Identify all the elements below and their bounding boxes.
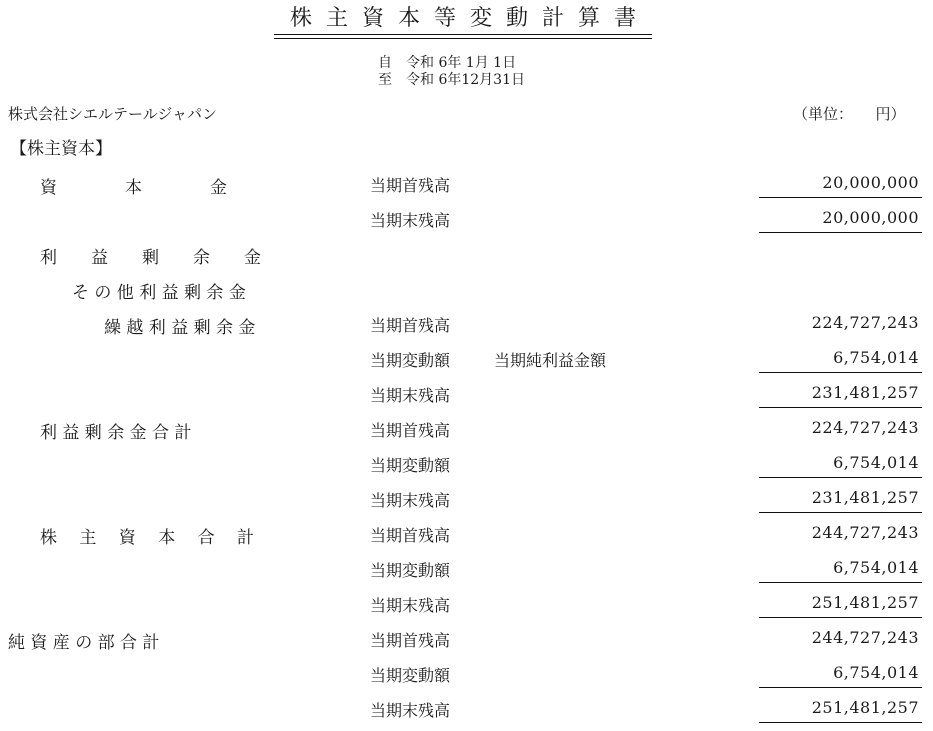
row-sub-label: 当期末残高 bbox=[370, 593, 450, 616]
row-detail-label: 当期純利益金額 bbox=[494, 348, 606, 371]
row-amount: 6,754,014 bbox=[833, 663, 919, 682]
row-label: そ の 他 利 益 剰 余 金 bbox=[72, 278, 246, 303]
row-sub-label: 当期首残高 bbox=[370, 173, 450, 196]
row-sub-label: 当期変動額 bbox=[370, 453, 450, 476]
row-sub-label: 当期変動額 bbox=[370, 663, 450, 686]
sum-rule bbox=[759, 197, 922, 198]
row-sub-label: 当期首残高 bbox=[370, 523, 450, 546]
row-sub-label: 当期変動額 bbox=[370, 558, 450, 581]
row-amount: 224,727,243 bbox=[812, 313, 919, 332]
row-amount: 6,754,014 bbox=[833, 558, 919, 577]
document-title: 株主資本等変動計算書 bbox=[274, 4, 652, 34]
row-net-assets-total-beginning: 純 資 産 の 部 合 計 当期首残高 244,727,243 bbox=[0, 622, 933, 657]
sum-rule bbox=[759, 372, 922, 373]
row-amount: 244,727,243 bbox=[812, 628, 919, 647]
row-sub-label: 当期首残高 bbox=[370, 313, 450, 336]
row-label: 利 益 剰 余 金 合 計 bbox=[40, 418, 191, 443]
row-sub-label: 当期首残高 bbox=[370, 628, 450, 651]
row-label: 資 本 金 bbox=[40, 173, 227, 198]
row-shareholders-equity-total-beginning: 株 主 資 本 合 計 当期首残高 244,727,243 bbox=[0, 517, 933, 552]
row-label: 利 益 剰 余 金 bbox=[40, 243, 261, 268]
row-label: 繰 越 利 益 剰 余 金 bbox=[104, 313, 255, 338]
row-sub-label: 当期末残高 bbox=[370, 208, 450, 231]
row-carried-forward-beginning: 繰 越 利 益 剰 余 金 当期首残高 224,727,243 bbox=[0, 307, 933, 342]
sum-rule bbox=[759, 232, 922, 233]
period-to: 至 令和 6年12月31日 bbox=[378, 72, 525, 88]
row-sub-label: 当期首残高 bbox=[370, 418, 450, 441]
row-sub-label: 当期変動額 bbox=[370, 348, 450, 371]
row-amount: 20,000,000 bbox=[822, 208, 919, 227]
row-sub-label: 当期末残高 bbox=[370, 383, 450, 406]
row-label: 株 主 資 本 合 計 bbox=[40, 523, 254, 548]
row-amount: 6,754,014 bbox=[833, 348, 919, 367]
sum-rule bbox=[759, 407, 922, 408]
row-amount: 251,481,257 bbox=[812, 698, 919, 717]
row-amount: 231,481,257 bbox=[812, 488, 919, 507]
row-retained-total-beginning: 利 益 剰 余 金 合 計 当期首残高 224,727,243 bbox=[0, 412, 933, 447]
row-amount: 6,754,014 bbox=[833, 453, 919, 472]
sum-rule bbox=[759, 477, 922, 478]
row-amount: 20,000,000 bbox=[822, 173, 919, 192]
row-label: 純 資 産 の 部 合 計 bbox=[8, 628, 159, 653]
sum-rule bbox=[759, 722, 922, 723]
sum-rule bbox=[759, 512, 922, 513]
row-amount: 231,481,257 bbox=[812, 383, 919, 402]
row-other-retained-earnings-heading: そ の 他 利 益 剰 余 金 bbox=[0, 272, 933, 307]
title-underline bbox=[274, 34, 652, 35]
company-name: 株式会社シエルテールジャパン bbox=[8, 103, 217, 124]
row-amount: 251,481,257 bbox=[812, 593, 919, 612]
sum-rule bbox=[759, 687, 922, 688]
sum-rule bbox=[759, 617, 922, 618]
sum-rule bbox=[759, 582, 922, 583]
row-sub-label: 当期末残高 bbox=[370, 488, 450, 511]
row-sub-label: 当期末残高 bbox=[370, 698, 450, 721]
row-amount: 224,727,243 bbox=[812, 418, 919, 437]
row-retained-earnings-heading: 利 益 剰 余 金 bbox=[0, 237, 933, 272]
title-underline-double bbox=[274, 38, 652, 39]
unit-label: （単位： 円） bbox=[793, 103, 906, 124]
period-from: 自 令和 6年 1月 1日 bbox=[378, 55, 516, 71]
row-amount: 244,727,243 bbox=[812, 523, 919, 542]
section-label-shareholders-equity: 【株主資本】 bbox=[10, 134, 112, 159]
